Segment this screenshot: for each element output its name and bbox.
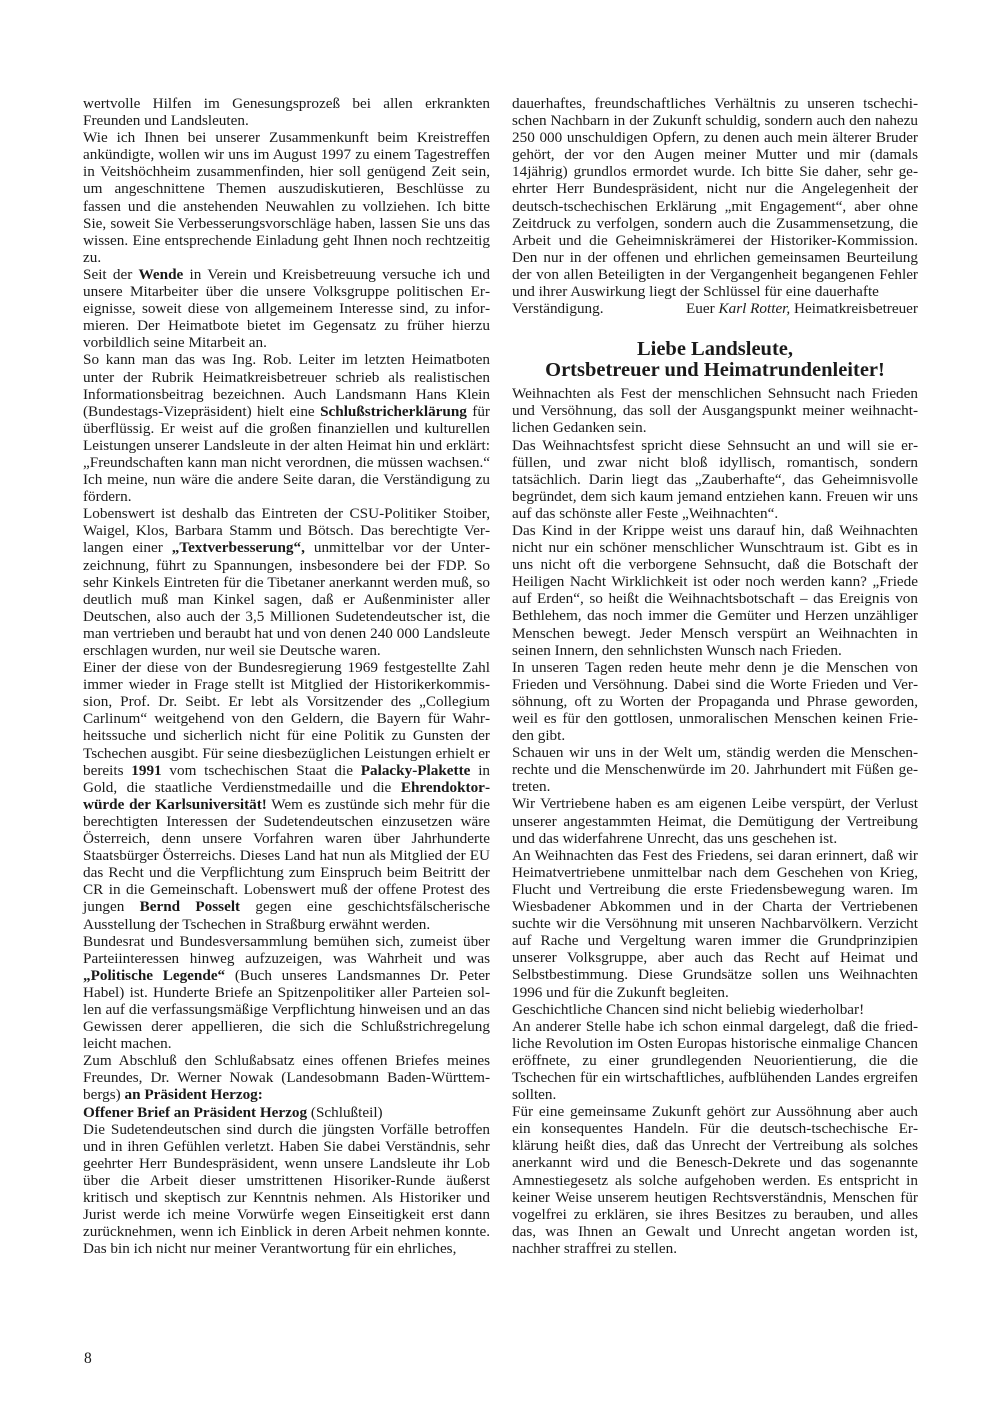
paragraph: dauerhaftes, freundschaftliches Verhältn… xyxy=(512,95,918,300)
emphasis: „Politische Legende“ xyxy=(83,967,225,984)
paragraph: An anderer Stelle habe ich schon einmal … xyxy=(512,1018,918,1103)
signature-line: Verständigung. Euer Karl Rotter, Heimatk… xyxy=(512,300,918,317)
emphasis: Wende xyxy=(139,266,184,283)
paragraph: So kann man das was Ing. Rob. Leiter im … xyxy=(83,351,490,505)
paragraph: Weihnachten als Fest der menschlichen Se… xyxy=(512,385,918,436)
paragraph: Schauen wir uns in der Welt um, ständig … xyxy=(512,744,918,795)
paragraph: Das Weihnachtsfest spricht diese Sehnsuc… xyxy=(512,437,918,522)
right-column: dauerhaftes, freundschaftliches Verhältn… xyxy=(512,95,918,1257)
paragraph: Für eine gemeinsame Zukunft gehört zur A… xyxy=(512,1103,918,1257)
paragraph: Wie ich Ihnen bei unserer Zusammenkunft … xyxy=(83,129,490,266)
signature-last-word: Verständigung. xyxy=(512,300,604,317)
left-column: wertvolle Hilfen im Genesungsprozeß bei … xyxy=(83,95,490,1257)
paragraph: Wir Vertriebene haben es am eigenen Leib… xyxy=(512,795,918,846)
letter-title: Offener Brief an Präsident Herzog (Schlu… xyxy=(83,1104,490,1121)
paragraph: Zum Abschluß den Schlußabsatz eines offe… xyxy=(83,1052,490,1103)
paragraph: Einer der diese von der Bundesregierung … xyxy=(83,659,490,933)
heading-line-1: Liebe Landsleute, xyxy=(637,338,793,360)
paragraph: In unseren Tagen reden heute mehr denn j… xyxy=(512,659,918,744)
emphasis: „Textverbesserung“, xyxy=(172,539,305,556)
paragraph: Bundesrat und Bundesversammlung bemühen … xyxy=(83,933,490,1053)
paragraph: Die Sudetendeutschen sind durch die jüng… xyxy=(83,1121,490,1258)
emphasis: Palacky-Plakette xyxy=(361,762,471,779)
emphasis: Offener Brief an Präsident Herzog xyxy=(83,1104,307,1121)
article-heading: Liebe Landsleute, Ortsbetreuer und Heima… xyxy=(512,339,918,381)
signature: Euer Karl Rotter, Heimatkreisbetreuer xyxy=(686,300,918,317)
paragraph: Lobenswert ist deshalb das Eintreten der… xyxy=(83,505,490,659)
emphasis: Bernd Posselt xyxy=(140,898,240,915)
paragraph: Seit der Wende in Verein und Kreisbetreu… xyxy=(83,266,490,351)
heading-line-2: Ortsbetreuer und Heimatrundenleiter! xyxy=(545,359,885,381)
paragraph: An Weihnachten das Fest des Friedens, se… xyxy=(512,847,918,1001)
emphasis: 1991 xyxy=(131,762,161,779)
page-number: 8 xyxy=(84,1350,92,1368)
paragraph: Geschichtliche Chancen sind nicht belieb… xyxy=(512,1001,918,1018)
author-name: Karl Rotter, xyxy=(718,300,790,317)
emphasis: Schlußstricherklärung xyxy=(320,403,467,420)
paragraph: wertvolle Hilfen im Genesungsprozeß bei … xyxy=(83,95,490,129)
emphasis: an Präsident Herzog: xyxy=(124,1086,262,1103)
paragraph: Das Kind in der Krippe weist uns darauf … xyxy=(512,522,918,659)
